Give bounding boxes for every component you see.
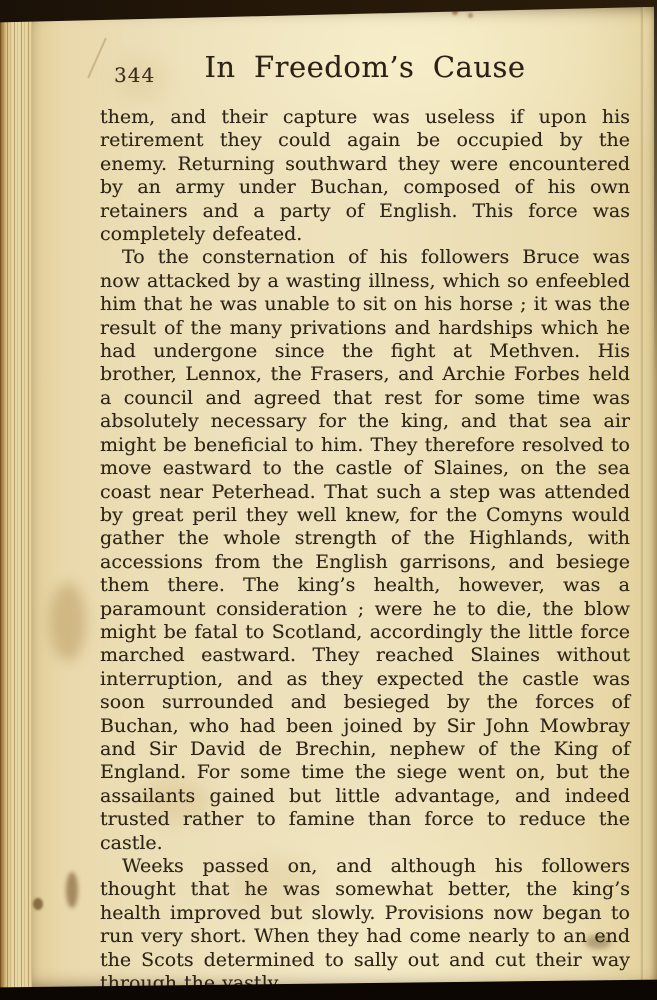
paragraph: them, and their capture was useless if u… [100,106,630,246]
page-number: 344 [114,63,155,87]
page-crease-line [640,5,644,989]
page-header: 344 In Freedom’s Cause [100,50,630,100]
book-scan: 344 In Freedom’s Cause them, and their c… [0,0,657,1000]
paragraph: To the consternation of his followers Br… [100,246,630,855]
paragraph: Weeks passed on, and although his follow… [100,855,630,995]
page-title: In Freedom’s Cause [100,50,630,84]
page-body: them, and their capture was useless if u… [100,106,630,995]
printed-content: 344 In Freedom’s Cause them, and their c… [100,50,630,995]
